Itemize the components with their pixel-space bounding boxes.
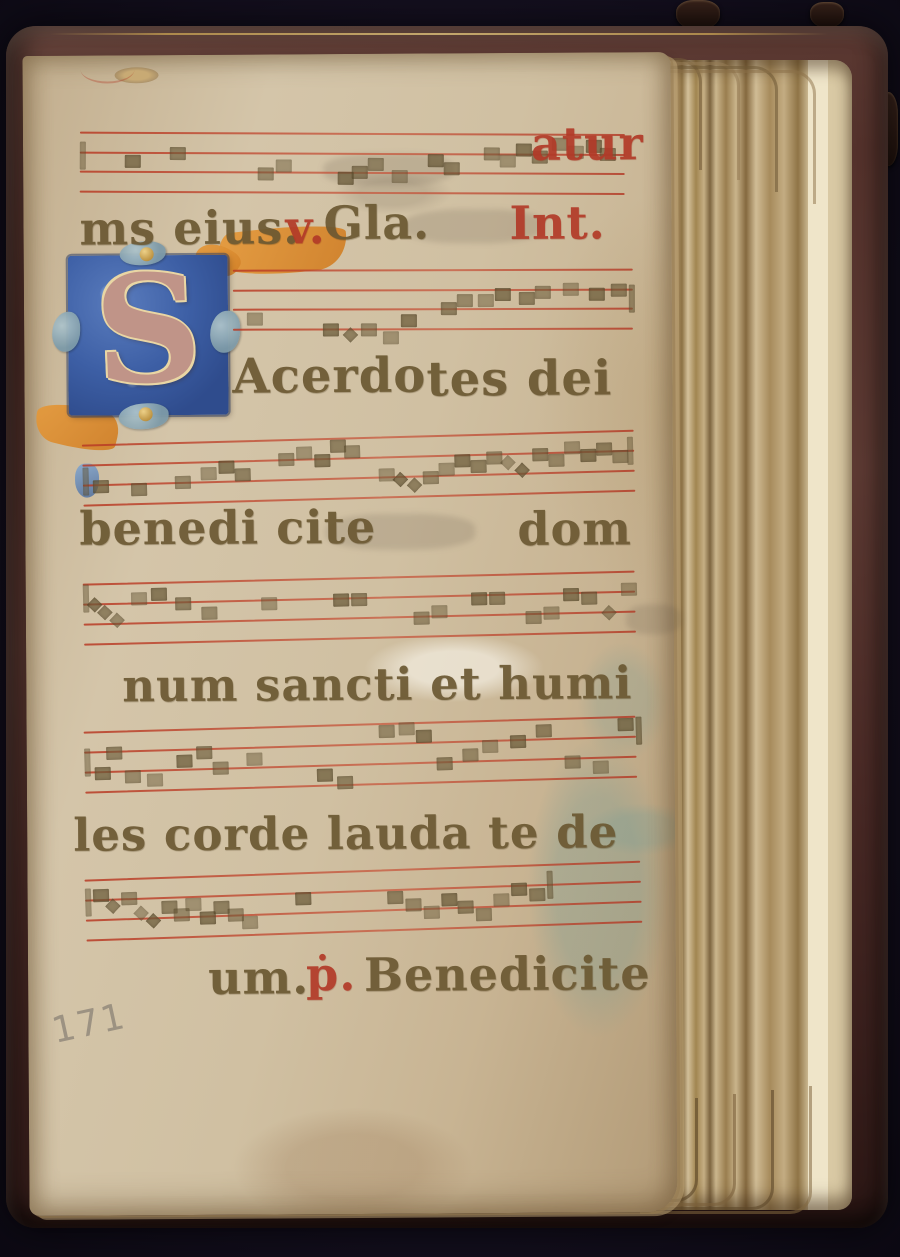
fore-edge-page-stack [652,60,852,1210]
neume-square [344,445,360,458]
neume-square [333,593,349,606]
rubric-int: Int. [509,195,606,250]
staff-line [233,327,633,330]
neume-square [218,461,234,474]
line-um: um. [208,950,309,1005]
neume-square [379,725,395,738]
music-staff-2 [233,269,633,332]
neume-square [441,302,457,315]
neume-square [323,324,339,337]
neume-square [296,446,312,459]
neume-square [612,450,628,463]
line-tes-dei: tes dei [426,350,612,407]
staff-line [233,269,633,272]
neume-square [93,889,109,903]
neume-square [368,158,384,171]
neume-square [611,284,627,297]
staff-divider [83,584,90,612]
music-staff-4 [83,571,636,647]
neume-square [478,294,494,307]
illuminated-initial: S [68,255,229,416]
neume-square [185,898,201,912]
neume-square [131,483,147,496]
neume-square [276,160,292,173]
staff-divider [80,142,86,170]
music-staff-5 [84,716,638,795]
neume-diamond [407,477,423,493]
neume-square [525,611,541,624]
neume-square [516,143,532,156]
neume-square [413,611,429,624]
neume-square [398,722,414,735]
staff-line [87,921,643,942]
neume-square [580,449,596,462]
neume-square [589,288,605,301]
neume-square [563,588,579,601]
line-num-sancti: num sancti et humi [122,656,632,712]
neume-square [93,480,109,493]
neume-square [617,718,633,731]
staff-divider [629,285,635,313]
staff-line [84,716,636,734]
neume-square [454,454,470,467]
neume-square [176,755,192,768]
neume-square [314,454,330,467]
neume-square [529,888,545,902]
neume-square [444,162,460,175]
neume-diamond [500,455,516,471]
neume-square [278,453,294,466]
neume-square [125,155,141,168]
neume-square [495,288,511,301]
staff-divider [627,437,634,465]
clasp-knob-icon [810,2,844,28]
neume-diamond [146,913,162,929]
neume-square [471,592,487,605]
neume-square [532,448,548,461]
psalm-mark: ṗ. [306,947,357,1001]
neume-square [470,460,486,473]
neume-square [593,761,609,774]
neume-square [147,773,163,786]
photo-background: S aturms eius.v.Gla.Int.Acerdotes deiben… [0,0,900,1257]
line-gla: Gla. [323,196,430,251]
line-les-corde: les corde lauda te de [73,805,618,861]
line-ms-eius: ms eius. [79,200,300,255]
neume-square [175,476,191,489]
line-benedicite: Benedicite [364,946,651,1002]
folio-number: 171 [48,996,130,1052]
staff-line [84,861,640,882]
neume-square [493,893,509,907]
neume-square [170,147,186,160]
neume-square [392,170,408,183]
neume-square [431,605,447,618]
neume-square [247,312,263,325]
neume-square [428,154,444,167]
neume-square [200,467,216,480]
staff-line [85,881,641,902]
manuscript-page: S aturms eius.v.Gla.Int.Acerdotes deiben… [22,52,677,1216]
neume-square [125,770,141,783]
versicle-mark: v. [285,200,325,254]
music-staff-3 [82,430,636,508]
neume-square [511,883,527,897]
neume-square [351,593,367,606]
neume-square [401,314,417,327]
rubric-atur: atur [531,116,644,171]
staff-divider [635,717,642,745]
neume-square [441,893,457,907]
neume-square [519,292,535,305]
neume-diamond [601,605,617,621]
staff-line [85,756,637,774]
neume-square [543,606,559,619]
staff-line [80,190,625,195]
neume-square [196,746,212,759]
neume-square [131,592,147,605]
staff-divider [82,467,89,495]
neume-square [383,332,399,345]
neume-square [175,597,191,610]
neume-square [462,748,478,761]
staff-line [84,631,636,646]
neume-square [621,583,637,596]
neume-square [151,588,167,601]
neume-square [337,776,353,789]
neume-square [436,757,452,770]
staff-divider [84,748,91,776]
neume-square [564,441,580,454]
line-dom: dom [517,501,632,556]
neume-square [457,294,473,307]
neume-square [213,761,229,774]
neume-square [476,908,492,922]
staff-line [84,736,636,754]
staff-line [83,470,635,487]
neume-square [121,892,137,906]
staff-line [233,308,633,311]
music-staff-6 [84,861,642,943]
neume-square [563,282,579,295]
neume-square [424,906,440,920]
neume-square [596,442,612,455]
neume-square [548,454,564,467]
neume-square [500,155,516,168]
staff-divider [85,888,92,916]
neume-diamond [514,462,530,478]
neume-diamond [109,613,125,629]
neume-square [235,468,251,481]
neume-square [536,724,552,737]
neume-square [457,900,473,914]
neume-square [258,167,274,180]
neume-square [201,606,217,619]
neume-square [510,735,526,748]
neume-square [106,747,122,760]
neume-square [261,597,277,610]
neume-square [387,891,403,905]
neume-square [482,740,498,753]
neume-square [95,767,111,780]
neume-square [438,463,454,476]
cover-gilt-edge [50,33,828,35]
gold-bead-icon [139,407,153,421]
neume-square [416,730,432,743]
neume-square [352,166,368,179]
neume-square [535,286,551,299]
neume-square [246,752,262,765]
neume-square [317,768,333,781]
neume-square [361,324,377,337]
neume-square [423,471,439,484]
initial-letter-s: S [65,246,231,412]
staff-line [83,571,635,586]
neume-square [581,592,597,605]
neume-square [484,147,500,160]
neume-square [564,755,580,768]
neume-square [242,916,258,930]
line-acerdo: Acerdo [232,348,426,405]
staff-divider [546,871,553,899]
neume-square [489,592,505,605]
neume-square [405,898,421,912]
staff-line [85,776,637,794]
neume-square [295,892,311,906]
line-benedi-cite: benedi cite [79,500,376,556]
